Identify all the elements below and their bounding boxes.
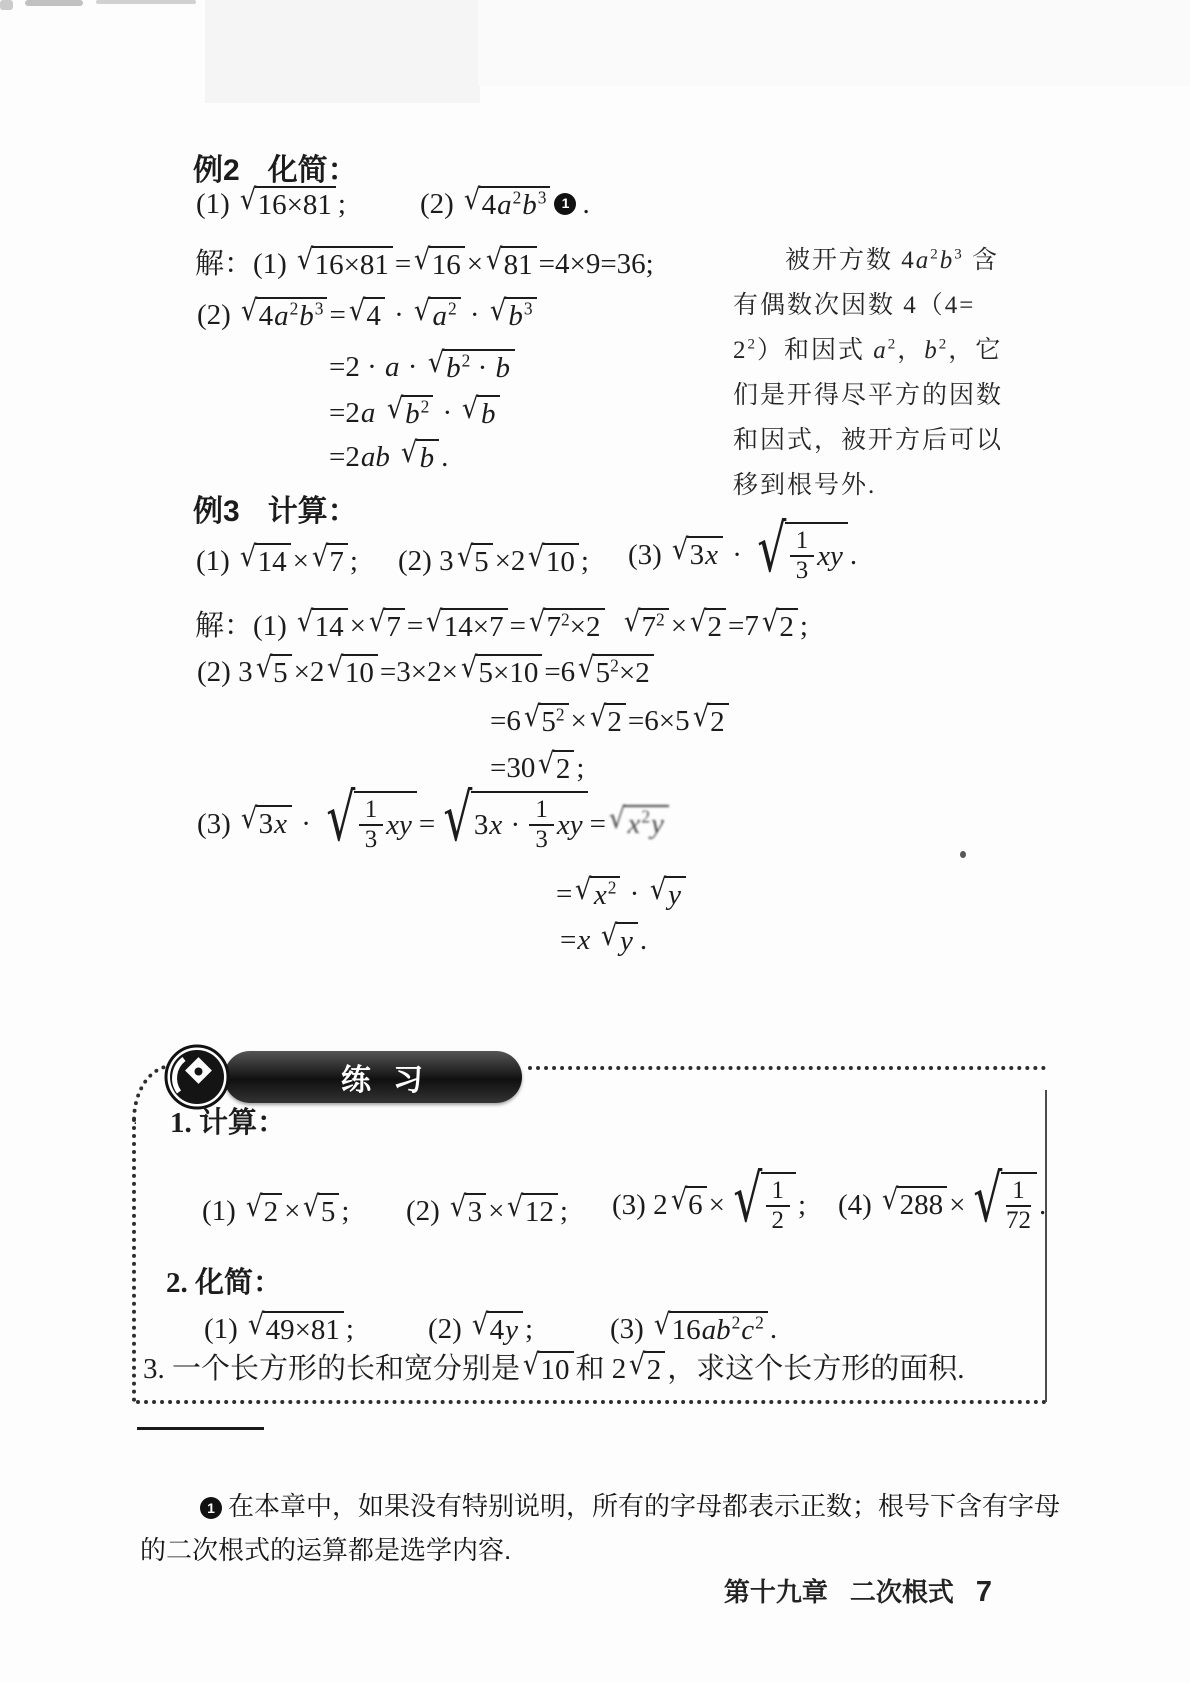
example3-solution-line-4: =30√2; bbox=[490, 750, 584, 786]
footnote-text: 在本章中，如果没有特别说明，所有的字母都表示正数；根号下含有字母的二次根式的运算… bbox=[140, 1491, 1060, 1565]
scan-dot-artifact bbox=[960, 851, 966, 858]
margin-note-line: 22）和因式 a2，b2，它 bbox=[733, 330, 1045, 366]
practice-badge-label: 练习 bbox=[341, 1055, 445, 1099]
scan-smudge bbox=[25, 0, 83, 6]
footer-section: 二次根式 bbox=[850, 1572, 954, 1609]
example2-solution-line-5: =2ab √b. bbox=[329, 439, 448, 475]
example2-problem-2: (2) √4a2b31. bbox=[420, 186, 590, 222]
practice-badge: 练习 bbox=[224, 1051, 522, 1103]
example2-label: 例2 bbox=[193, 154, 240, 187]
margin-note-line: 和因式，被开方后可以 bbox=[733, 420, 1045, 456]
example3-label: 例3 bbox=[193, 495, 240, 528]
example3-solution-line-1: 解：(1) √14×√7=√14×7=√72×2 √72×√2=7√2; bbox=[195, 608, 808, 644]
logo-diamond-dot bbox=[195, 1068, 203, 1076]
practice-box-top-border bbox=[528, 1066, 1046, 1070]
footer-page-number: 7 bbox=[976, 1576, 992, 1609]
example2-solution-line-3: =2 · a · √b2 · b bbox=[329, 349, 517, 385]
practice-q3: 3. 一个长方形的长和宽分别是√10和 2√2，求这个长方形的面积. bbox=[143, 1351, 965, 1387]
practice-q2-item-3: (3) √16ab2c2. bbox=[610, 1311, 777, 1347]
practice-q2-head: 2. 化简： bbox=[166, 1260, 282, 1301]
practice-q1-item-3: (3) 2√6×√12; bbox=[612, 1172, 806, 1237]
practice-box-right-border bbox=[1045, 1090, 1047, 1402]
example3-problem-3: (3) √3x · √13xy. bbox=[628, 522, 857, 587]
example3-task: 计算： bbox=[268, 495, 358, 528]
scan-gray-band bbox=[205, 0, 480, 103]
margin-note-line: 们是开得尽平方的因数 bbox=[733, 375, 1045, 411]
practice-q1-item-4: (4) √288×√172. bbox=[838, 1172, 1046, 1237]
example2-title: 例2化简： bbox=[193, 145, 358, 189]
footer-chapter: 第十九章 bbox=[724, 1572, 828, 1609]
practice-q1-item-1: (1) √2×√5; bbox=[202, 1193, 349, 1229]
example3-solution-line-3: =6√52×√2=6×5√2 bbox=[490, 703, 731, 739]
example2-task: 化简： bbox=[268, 154, 358, 187]
example2-solution-line-4: =2a √b2 · √b bbox=[329, 395, 502, 431]
scan-smudge bbox=[96, 0, 196, 4]
margin-note-line: 被开方数 4a2b3 含 bbox=[785, 240, 1097, 276]
scan-smudge bbox=[0, 0, 13, 10]
scan-gray-band-light bbox=[478, 0, 1190, 86]
practice-box-left-border bbox=[132, 1118, 136, 1402]
footnote-marker-icon: 1 bbox=[200, 1497, 222, 1519]
margin-note-line: 有偶数次因数 4（4= bbox=[733, 285, 1045, 321]
practice-q1-item-2: (2) √3×√12; bbox=[406, 1193, 568, 1229]
page-footer: 第十九章 二次根式 7 bbox=[700, 1572, 992, 1609]
margin-note-line: 移到根号外. bbox=[733, 465, 1045, 501]
example3-title: 例3计算： bbox=[193, 486, 358, 530]
textbook-page: 例2化简： (1) √16×81; (2) √4a2b31. 解：(1) √16… bbox=[0, 0, 1190, 1683]
example3-solution-line-5: (3) √3x · √13xy=√3x · 13xy=√x2y bbox=[197, 791, 671, 856]
practice-box-bottom-border bbox=[136, 1400, 1047, 1404]
example2-solution-line-2: (2) √4a2b3=√4 · √a2 · √b3 bbox=[197, 297, 539, 333]
footnote-separator bbox=[137, 1427, 264, 1430]
example3-solution-line-2: (2) 3√5×2√10=3×2×√5×10=6√52×2 bbox=[197, 654, 656, 690]
footnote: 1在本章中，如果没有特别说明，所有的字母都表示正数；根号下含有字母的二次根式的运… bbox=[140, 1484, 1072, 1572]
example2-solution-line-1: 解：(1) √16×81=√16×√81=4×9=36; bbox=[195, 246, 654, 282]
example3-problem-2: (2) 3√5×2√10; bbox=[398, 543, 589, 579]
practice-q2-item-2: (2) √4y; bbox=[428, 1311, 533, 1347]
example3-solution-line-6: =√x2 · √y bbox=[556, 876, 688, 912]
practice-q1-head: 1. 计算： bbox=[170, 1100, 286, 1141]
example3-problem-1: (1) √14×√7; bbox=[196, 543, 358, 579]
practice-q2-item-1: (1) √49×81; bbox=[204, 1311, 354, 1347]
example3-solution-line-7: =x √y. bbox=[560, 922, 647, 958]
example2-problem-1: (1) √16×81; bbox=[196, 186, 346, 222]
